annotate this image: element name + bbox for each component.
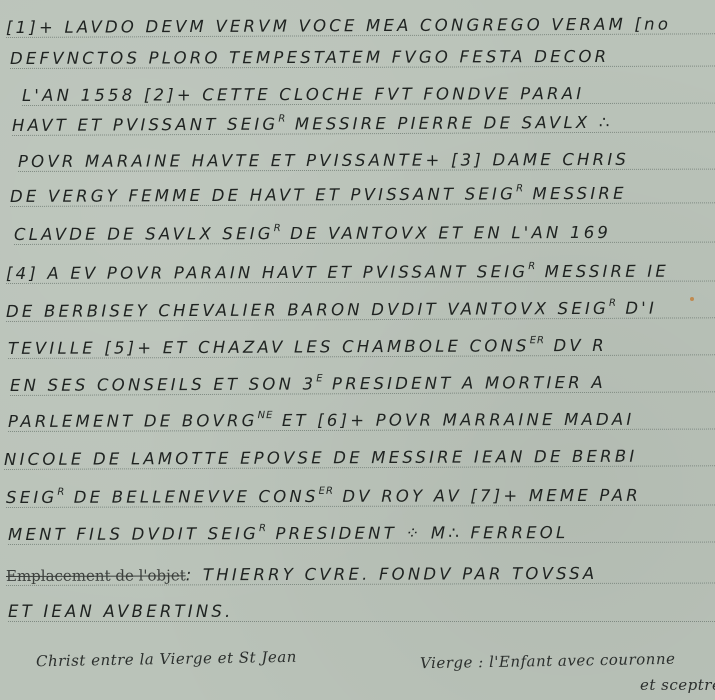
line-text: DEFVNCTOS PLORO TEMPESTATEM FVGO FESTA D… <box>10 47 609 68</box>
paper-stain <box>690 297 694 301</box>
line-text: DE VERGY FEMME DE HAVT ET PVISSANT SEIGR… <box>10 183 627 206</box>
inscription-line-5: POVR MARAINE HAVTE ET PVISSANTE+ [3] DAM… <box>18 146 715 178</box>
line-text: HAVT ET PVISSANT SEIGR MESSIRE PIERRE DE… <box>12 112 613 135</box>
inscription-line-16: Emplacement de l'objet: THIERRY CVRE. FO… <box>6 560 715 592</box>
inscription-line-12: PARLEMENT DE BOVRGNE ET [6]+ POVR MARRAI… <box>8 406 715 438</box>
line-text: [4] A EV POVR PARAIN HAVT ET PVISSANT SE… <box>6 261 669 283</box>
line-text: EN SES CONSEILS ET SON 3E PRESIDENT A MO… <box>10 372 606 395</box>
line-text: [1]+ LAVDO DEVM VERVM VOCE MEA CONGREGO … <box>6 15 671 37</box>
line-text: CLAVDE DE SAVLX SEIGR DE VANTOVX ET EN L… <box>14 222 611 244</box>
line-text: POVR MARAINE HAVTE ET PVISSANTE+ [3] DAM… <box>18 150 629 171</box>
inscription-line-6: DE VERGY FEMME DE HAVT ET PVISSANT SEIGR… <box>10 179 715 213</box>
inscription-line-11: EN SES CONSEILS ET SON 3E PRESIDENT A MO… <box>10 368 715 402</box>
line-text: MENT FILS DVDIT SEIGR PRESIDENT ⁘ M∴ FER… <box>8 522 568 544</box>
line-text: PARLEMENT DE BOVRGNE ET [6]+ POVR MARRAI… <box>8 409 635 431</box>
inscription-line-7: CLAVDE DE SAVLX SEIGR DE VANTOVX ET EN L… <box>14 219 715 251</box>
line-text: SEIGR DE BELLENEVVE CONSER DV ROY AV [7]… <box>6 485 641 507</box>
line-text: L'AN 1558 [2]+ CETTE CLOCHE FVT FONDVE P… <box>22 84 584 105</box>
struck-label: Emplacement de l'objet <box>6 566 186 585</box>
note-right-line2: et sceptre <box>640 676 715 694</box>
inscription-line-1: [1]+ LAVDO DEVM VERVM VOCE MEA CONGREGO … <box>6 10 715 44</box>
inscription-line-4: HAVT ET PVISSANT SEIGR MESSIRE PIERRE DE… <box>12 108 715 142</box>
inscription-line-17: ET IEAN AVBERTINS. <box>8 598 715 628</box>
inscription-line-8: [4] A EV POVR PARAIN HAVT ET PVISSANT SE… <box>6 258 715 290</box>
line-text: ET IEAN AVBERTINS. <box>8 602 233 621</box>
inscription-line-9: DE BERBISEY CHEVALIER BARON DVDIT VANTOV… <box>6 294 715 328</box>
line-text: Emplacement de l'objet: THIERRY CVRE. FO… <box>6 564 597 585</box>
inscription-line-14: SEIGR DE BELLENEVVE CONSER DV ROY AV [7]… <box>6 482 715 514</box>
line-text: NICOLE DE LAMOTTE EPOVSE DE MESSIRE IEAN… <box>4 447 638 469</box>
dotted-rule <box>8 621 715 622</box>
line-text: TEVILLE [5]+ ET CHAZAV LES CHAMBOLE CONS… <box>8 335 607 358</box>
inscription-line-3: L'AN 1558 [2]+ CETTE CLOCHE FVT FONDVE P… <box>22 80 715 112</box>
inscription-line-2: DEFVNCTOS PLORO TEMPESTATEM FVGO FESTA D… <box>10 43 715 75</box>
line-text: DE BERBISEY CHEVALIER BARON DVDIT VANTOV… <box>6 298 657 321</box>
inscription-line-13: NICOLE DE LAMOTTE EPOVSE DE MESSIRE IEAN… <box>4 442 715 476</box>
inscription-line-10: TEVILLE [5]+ ET CHAZAV LES CHAMBOLE CONS… <box>8 331 715 365</box>
inscription-line-15: MENT FILS DVDIT SEIGR PRESIDENT ⁘ M∴ FER… <box>8 519 715 551</box>
